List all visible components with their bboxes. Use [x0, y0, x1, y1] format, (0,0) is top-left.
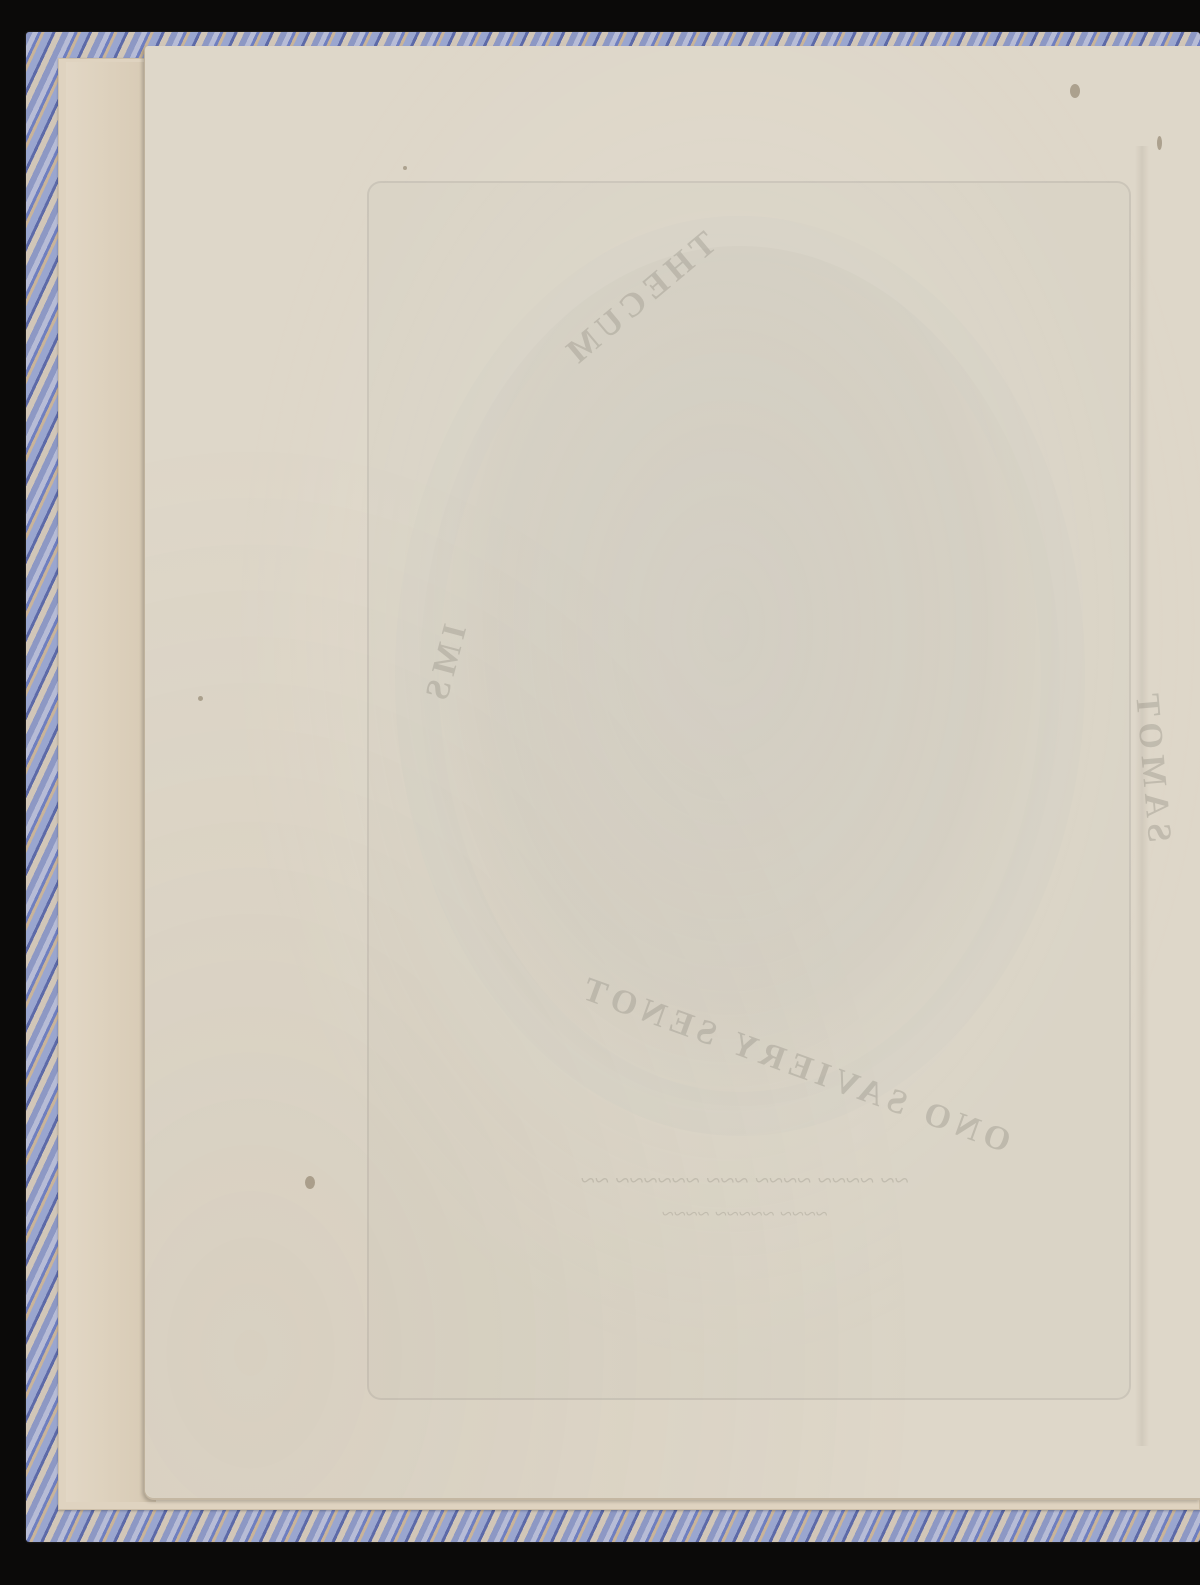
inscription-bottom: ONO SAVIERY SENOT [572, 969, 1015, 1161]
plate-impression-border [367, 181, 1131, 1400]
endleaf-margin [66, 62, 156, 1502]
inscription-left: IMS [417, 620, 475, 709]
foxing-spot [1070, 84, 1080, 98]
caption-line-1: ~~ ~~~~ ~~~~ ~~~ ~~~~~~ ~~ [385, 1166, 1105, 1196]
oval-frame-bleedthrough [395, 216, 1085, 1136]
foxing-spot [1157, 136, 1162, 150]
foxing-spot [403, 166, 407, 170]
page-crease [1135, 146, 1149, 1446]
foxing-spot [198, 696, 203, 701]
inscription-top: THECUM [555, 225, 724, 376]
portrait-oval-bleedthrough [420, 246, 1060, 1106]
foxing-spot [305, 1176, 315, 1189]
inscription-right: SAMOT [1127, 686, 1178, 843]
book-page-verso: THECUM SAMOT ONO SAVIERY SENOT IMS ~~ ~~… [144, 46, 1200, 1500]
caption-line-2: ~~~~ ~~~~~ ~~~~ [385, 1201, 1105, 1227]
